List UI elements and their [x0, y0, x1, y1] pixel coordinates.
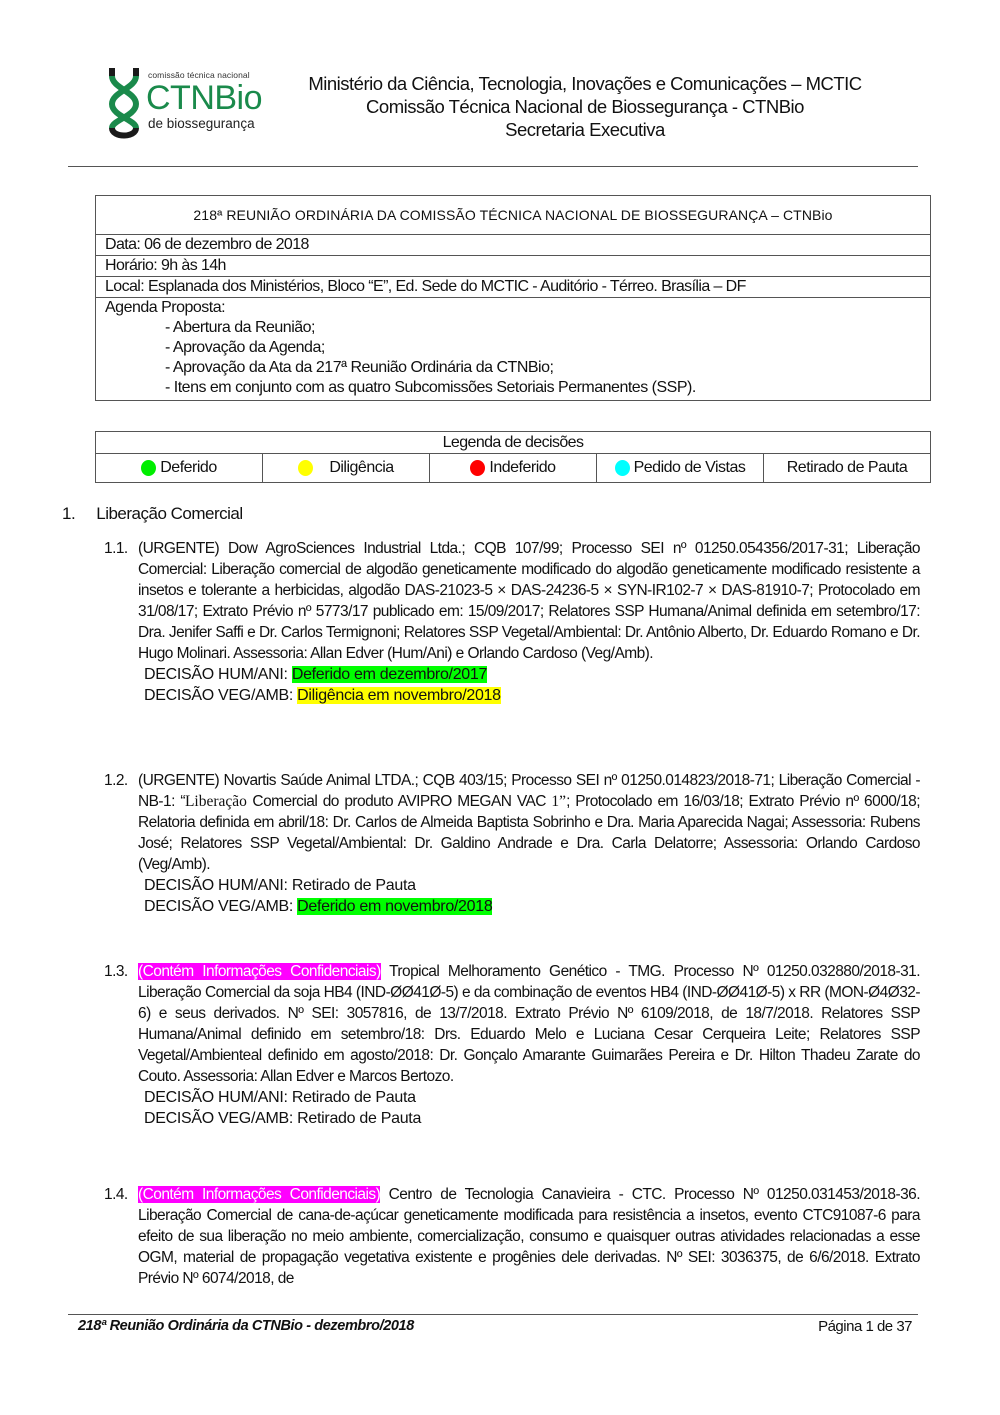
- entry-description: Tropical Melhoramento Genético - TMG. Pr…: [138, 963, 920, 1085]
- ctnbio-logo: comissão técnica nacional CTNBio de bios…: [104, 66, 264, 142]
- legend-row: Deferido Diligência Indeferido Pedido de…: [96, 454, 930, 482]
- legend-retirado-de-pauta: Retirado de Pauta: [764, 454, 930, 482]
- section-heading: 1. Liberação Comercial: [62, 504, 243, 524]
- entry-number: 1.2.: [104, 770, 128, 791]
- entry-number: 1.4.: [104, 1184, 128, 1205]
- meeting-title: 218ª REUNIÃO ORDINÁRIA DA COMISSÃO TÉCNI…: [96, 196, 930, 235]
- decision-hum-ani: DECISÃO HUM/ANI: Deferido em dezembro/20…: [144, 664, 920, 685]
- meeting-location: Local: Esplanada dos Ministérios, Bloco …: [96, 277, 930, 298]
- agenda-item: - Abertura da Reunião;: [105, 318, 930, 338]
- decision-label: DECISÃO VEG/AMB:: [144, 898, 297, 915]
- yellow-dot-icon: [298, 460, 313, 476]
- dna-helix-icon: [104, 66, 144, 142]
- confidential-tag: (Contém Informações Confidenciais): [138, 963, 381, 980]
- decision-status: Retirado de Pauta: [292, 1089, 416, 1106]
- decision-status: Deferido em novembro/2018: [297, 898, 492, 915]
- urgent-tag: (URGENTE): [138, 772, 219, 789]
- decision-label: DECISÃO VEG/AMB:: [144, 687, 297, 704]
- decision-label: DECISÃO HUM/ANI:: [144, 666, 292, 683]
- footer-meeting-name: 218ª Reunião Ordinária da CTNBio - dezem…: [78, 1318, 414, 1334]
- confidential-tag: (Contém Informações Confidenciais): [138, 1186, 380, 1203]
- decision-hum-ani: DECISÃO HUM/ANI: Retirado de Pauta: [144, 1087, 920, 1108]
- legend-label: Pedido de Vistas: [634, 459, 746, 477]
- agenda-entry: 1.2. (URGENTE) Novartis Saúde Animal LTD…: [104, 770, 920, 917]
- decision-label: DECISÃO VEG/AMB:: [144, 1110, 297, 1127]
- entry-number: 1.1.: [104, 538, 128, 559]
- agenda-label: Agenda Proposta:: [105, 298, 930, 318]
- decision-status: Retirado de Pauta: [297, 1110, 421, 1127]
- agenda-list: - Abertura da Reunião; - Aprovação da Ag…: [105, 318, 930, 398]
- legend-label: Indeferido: [489, 459, 555, 477]
- section-title: Liberação Comercial: [96, 504, 242, 523]
- decision-hum-ani: DECISÃO HUM/ANI: Retirado de Pauta: [144, 875, 920, 896]
- entry-description: 1”: [551, 793, 566, 810]
- footer-divider: [68, 1314, 918, 1315]
- decision-status: Retirado de Pauta: [292, 877, 416, 894]
- decision-status: Deferido em dezembro/2017: [292, 666, 487, 683]
- legend-indeferido: Indeferido: [430, 454, 597, 482]
- meeting-info-table: 218ª REUNIÃO ORDINÁRIA DA COMISSÃO TÉCNI…: [95, 195, 931, 401]
- agenda-entry: 1.3. (Contém Informações Confidenciais) …: [104, 961, 920, 1129]
- decision-label: DECISÃO HUM/ANI:: [144, 1089, 292, 1106]
- urgent-tag: (URGENTE): [138, 540, 219, 557]
- legend-diligencia: Diligência: [263, 454, 430, 482]
- secretariat-name: Secretaria Executiva: [260, 118, 910, 141]
- decision-label: DECISÃO HUM/ANI:: [144, 877, 292, 894]
- legend-label: Diligência: [329, 459, 393, 477]
- legend-pedido-de-vistas: Pedido de Vistas: [597, 454, 764, 482]
- decision-legend: Legenda de decisões Deferido Diligência …: [95, 431, 931, 483]
- header-divider: [68, 166, 918, 167]
- entry-text: (URGENTE) Dow AgroSciences Industrial Lt…: [138, 538, 920, 664]
- red-dot-icon: [470, 460, 485, 476]
- entry-number: 1.3.: [104, 961, 128, 982]
- decision-status: Diligência em novembro/2018: [297, 687, 501, 704]
- commission-name: Comissão Técnica Nacional de Biosseguran…: [260, 95, 910, 118]
- decision-veg-amb: DECISÃO VEG/AMB: Retirado de Pauta: [144, 1108, 920, 1129]
- agenda-item: - Aprovação da Agenda;: [105, 338, 930, 358]
- agenda-entry: 1.4. (Contém Informações Confidenciais) …: [104, 1184, 920, 1289]
- entry-description: Dow AgroSciences Industrial Ltda.; CQB 1…: [138, 540, 920, 662]
- decision-veg-amb: DECISÃO VEG/AMB: Deferido em novembro/20…: [144, 896, 920, 917]
- green-dot-icon: [141, 460, 156, 476]
- legend-label: Deferido: [160, 459, 216, 477]
- page-number: Página 1 de 37: [818, 1318, 912, 1335]
- logo-wordmark: CTNBio: [146, 80, 262, 116]
- entry-text: (URGENTE) Novartis Saúde Animal LTDA.; C…: [138, 770, 920, 875]
- legend-label: Retirado de Pauta: [787, 459, 907, 477]
- section-number: 1.: [62, 504, 92, 524]
- agenda: Agenda Proposta: - Abertura da Reunião; …: [96, 298, 930, 400]
- legend-title: Legenda de decisões: [96, 432, 930, 454]
- logo-subtitle: de biossegurança: [148, 116, 255, 131]
- entry-text: (Contém Informações Confidenciais) Tropi…: [138, 961, 920, 1087]
- entry-description: Liberação: [185, 793, 247, 810]
- entry-description: Comercial do produto AVIPRO MEGAN VAC: [247, 793, 551, 810]
- decision-veg-amb: DECISÃO VEG/AMB: Diligência em novembro/…: [144, 685, 920, 706]
- legend-deferido: Deferido: [96, 454, 263, 482]
- document-header: Ministério da Ciência, Tecnologia, Inova…: [260, 72, 910, 141]
- ministry-name: Ministério da Ciência, Tecnologia, Inova…: [260, 72, 910, 95]
- agenda-item: - Itens em conjunto com as quatro Subcom…: [105, 378, 930, 398]
- agenda-entry: 1.1. (URGENTE) Dow AgroSciences Industri…: [104, 538, 920, 706]
- meeting-time: Horário: 9h às 14h: [96, 256, 930, 277]
- agenda-item: - Aprovação da Ata da 217ª Reunião Ordin…: [105, 358, 930, 378]
- cyan-dot-icon: [615, 460, 630, 476]
- entry-text: (Contém Informações Confidenciais) Centr…: [138, 1184, 920, 1289]
- meeting-date: Data: 06 de dezembro de 2018: [96, 235, 930, 256]
